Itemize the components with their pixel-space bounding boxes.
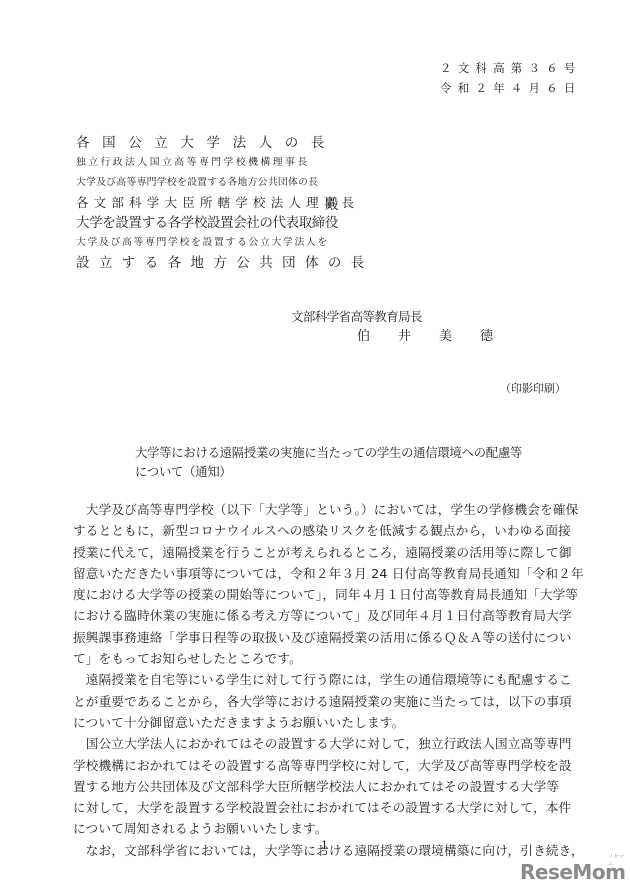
body-line: とが重要であることから，各大学等における遠隔授業の実施に当たっては，以下の事項 — [73, 691, 583, 712]
body-line: 大学及び高等専門学校（以下「大学等」という。）においては，学生の学修機会を確保 — [73, 499, 583, 520]
body-line: 置する地方公共団体及び文部科学大臣所轄学校法人におかれてはその設置する大学等 — [73, 776, 583, 797]
body-line: 国公立大学法人におかれてはその設置する大学に対して，独立行政法人国立高等専門 — [73, 733, 583, 754]
document-page: ２文科高第３６号 令和２年４月６日 各国公立大学法人の長 独立行政法人国立高等専… — [0, 0, 630, 895]
sender-organization: 文部科学省高等教育局長 — [291, 307, 521, 327]
honorific: 殿 — [325, 195, 339, 215]
body-line: 留意いただきたい事項等については，令和２年３月 24 日付高等教育局長通知「令和… — [73, 563, 583, 584]
sender-block: 文部科学省高等教育局長 伯井美徳 — [291, 307, 521, 347]
body-line: に対して，大学を設置する学校設置会社におかれてはその設置する大学に対して，本件 — [73, 797, 583, 818]
subject-line: 大学等における遠隔授業の実施に当たっての学生の通信環境への配慮等 — [135, 444, 575, 463]
body-line: するとともに，新型コロナウイルスへの感染リスクを低減する観点から，いわゆる面接 — [73, 520, 583, 541]
body-line: における臨時休業の実施に係る考え方等について」及び同年４月１日付高等教育局大学 — [73, 605, 583, 626]
addressee: 独立行政法人国立高等専門学校機構理事長 — [76, 153, 356, 173]
body-text: 大学及び高等専門学校（以下「大学等」という。）においては，学生の学修機会を確保 … — [73, 499, 583, 861]
resemom-logo: ReseMom リセマム — [520, 860, 625, 884]
body-line: 度における大学等の授業の開始等について」，同年４月１日付高等教育局長通知「大学等 — [73, 584, 583, 605]
addressee: 大学及び高等専門学校を設置する各地方公共団体の長 — [76, 173, 356, 193]
addressee: 各文部科学大臣所轄学校法人理事長 — [76, 193, 356, 213]
addressee: 大学及び高等専門学校を設置する公立大学法人を — [76, 233, 356, 253]
document-header: ２文科高第３６号 令和２年４月６日 — [440, 58, 580, 98]
body-line: 遠隔授業を自宅等にいる学生に対して行う際には，学生の通信環境等にも配慮するこ — [73, 669, 583, 690]
addressee: 設立する各地方公共団体の長 — [76, 253, 356, 273]
subject-title: 大学等における遠隔授業の実施に当たっての学生の通信環境への配慮等 について（通知… — [135, 444, 575, 482]
body-line: について十分御留意いただきますようお願いいたします。 — [73, 712, 583, 733]
seal-note: （印影印刷） — [500, 380, 566, 398]
body-line: 振興課事務連絡「学事日程等の取扱い及び遠隔授業の活用に係るＱ＆Ａ等の送付につい — [73, 627, 583, 648]
body-line: 授業に代えて，遠隔授業を行うことが考えられるところ，遠隔授業の活用等に際して御 — [73, 542, 583, 563]
body-line: て」をもってお知らせしたところです。 — [73, 648, 583, 669]
logo-subtext: リセマム — [608, 853, 625, 867]
body-line: なお，文部科学省においては，大学等における遠隔授業の環境構築に向け，引き続き， — [73, 840, 583, 861]
addressee-list: 各国公立大学法人の長 独立行政法人国立高等専門学校機構理事長 大学及び高等専門学… — [76, 133, 356, 273]
document-number: ２文科高第３６号 — [440, 58, 580, 78]
body-line: について周知されるようお願いいたします。 — [73, 818, 583, 839]
page-number: 1 — [321, 839, 328, 852]
addressee: 大学を設置する各学校設置会社の代表取締役 — [76, 213, 356, 233]
subject-line: について（通知） — [135, 463, 575, 482]
document-date: 令和２年４月６日 — [440, 78, 580, 98]
sender-name: 伯井美徳 — [357, 327, 521, 347]
body-line: 学校機構におかれてはその設置する高等専門学校に対して，大学及び高等専門学校を設 — [73, 755, 583, 776]
addressee: 各国公立大学法人の長 — [76, 133, 356, 153]
